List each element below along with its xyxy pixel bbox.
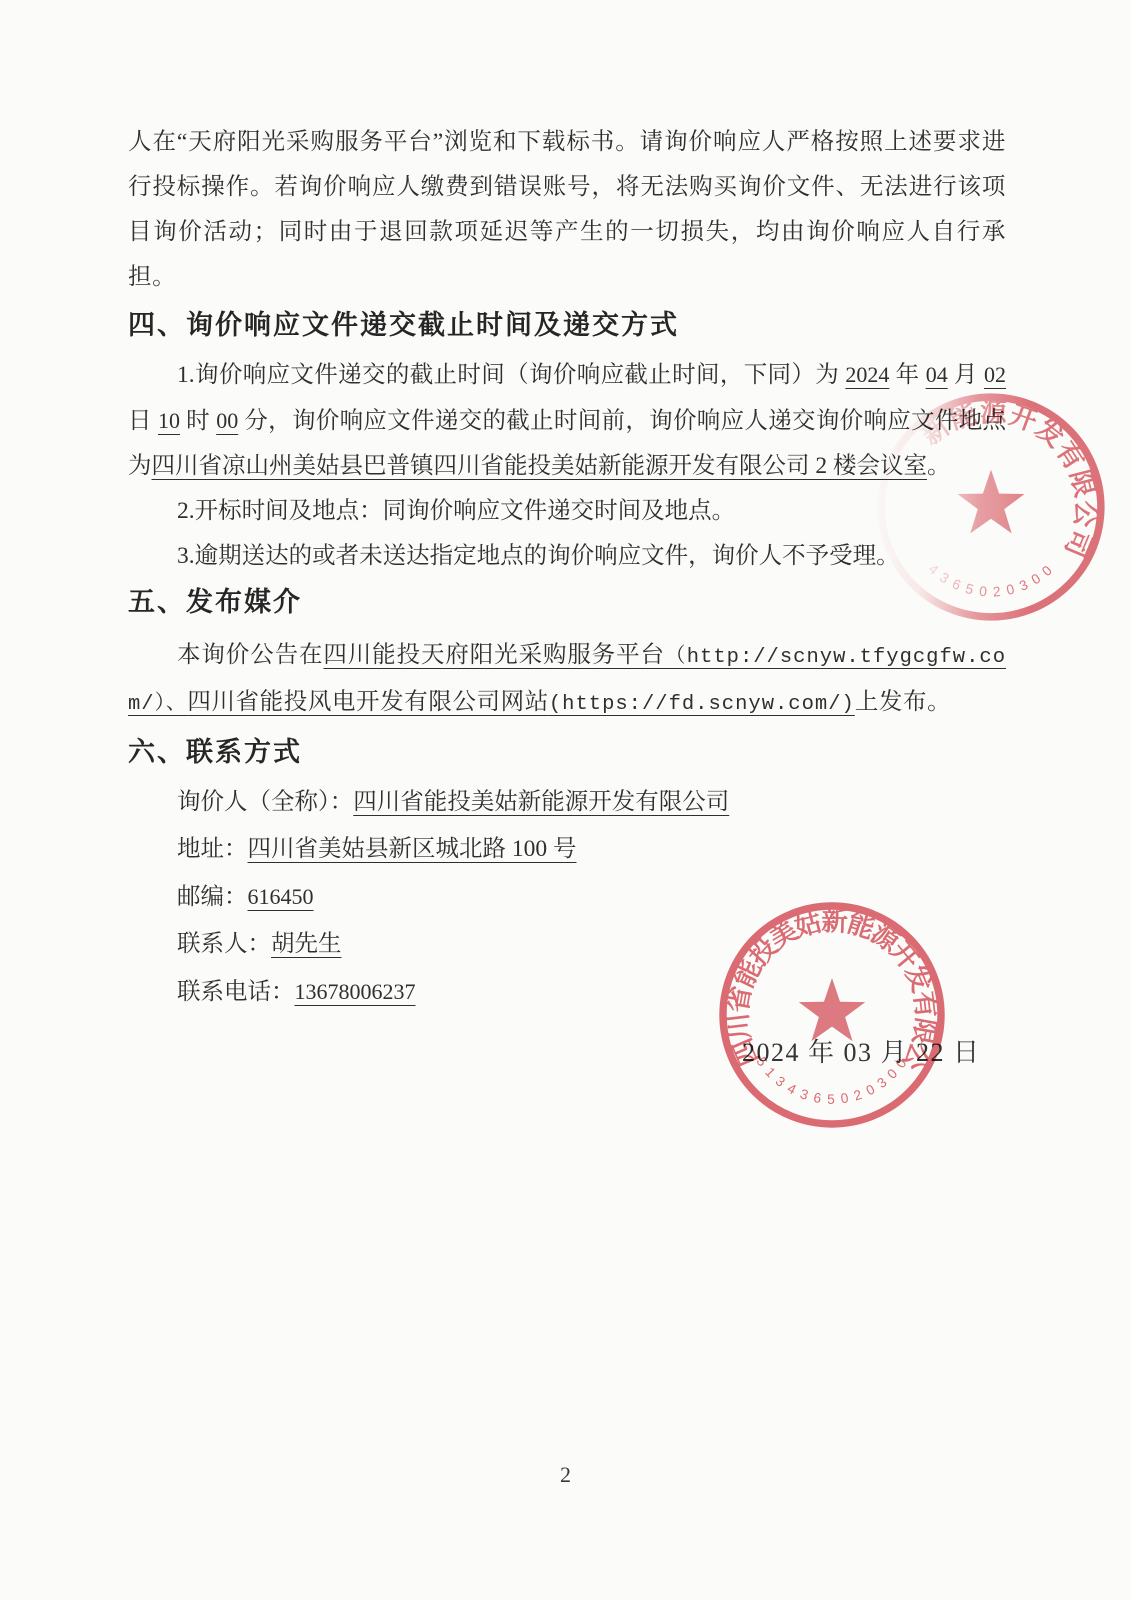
contact-label: 询价人（全称）： [177, 789, 353, 815]
document-content: 人在“天府阳光采购服务平台”浏览和下载标书。请询价响应人严格按照上述要求进行投标… [128, 120, 1006, 1016]
contact-value: 13678006237 [295, 979, 416, 1004]
item1-month-unit: 月 [948, 362, 984, 388]
media-site1-name: 四川能投天府阳光采购服务平台 [323, 642, 665, 668]
contact-label: 联系电话： [177, 979, 295, 1005]
item1-hour-value: 10 [158, 408, 180, 433]
item1-year-value: 2024 [845, 362, 889, 387]
contact-row-person: 联系人：胡先生 [128, 921, 1006, 968]
section4-item3: 3.逾期送达的或者未送达指定地点的询价响应文件，询价人不予受理。 [128, 534, 1006, 579]
media-site2-name: 四川省能投风电开发有限公司网站 [187, 689, 549, 715]
item1-hour-unit: 时 [180, 408, 216, 434]
section4-item2: 2.开标时间及地点：同询价响应文件递交时间及地点。 [128, 489, 1006, 534]
media-site2-url: (https://fd.scnyw.com/) [549, 693, 855, 716]
contact-value: 616450 [248, 884, 314, 909]
item1-period: 。 [927, 453, 951, 479]
media-tail: 上发布。 [855, 689, 951, 715]
section6-heading: 六、联系方式 [128, 731, 1006, 773]
contact-row-inquirer: 询价人（全称）：四川省能投美姑新能源开发有限公司 [128, 779, 1006, 826]
document-page: 人在“天府阳光采购服务平台”浏览和下载标书。请询价响应人严格按照上述要求进行投标… [0, 0, 1131, 1600]
contact-label: 联系人： [177, 931, 271, 957]
contact-value: 四川省美姑县新区城北路 100 号 [248, 836, 577, 862]
page-number: 2 [0, 1462, 1131, 1488]
signature-date: 2024 年 03 月 22 日 [742, 1032, 981, 1069]
item1-day-value: 02 [984, 362, 1006, 387]
item1-month-value: 04 [926, 362, 948, 387]
item1-prefix: 1.询价响应文件递交的截止时间（询价响应截止时间，下同）为 [177, 362, 845, 388]
media-lead: 本询价公告在 [177, 642, 323, 668]
section5-heading: 五、发布媒介 [128, 581, 1006, 623]
section5-paragraph: 本询价公告在四川能投天府阳光采购服务平台（http://scnyw.tfygcg… [128, 633, 1006, 727]
contact-row-phone: 联系电话：13678006237 [128, 968, 1006, 1016]
item1-minute-value: 00 [216, 408, 238, 433]
contact-label: 地址： [177, 836, 248, 862]
contact-label: 邮编： [177, 884, 248, 910]
item1-location-value: 四川省凉山州美姑县巴普镇四川省能投美姑新能源开发有限公司 2 楼会议室 [152, 453, 928, 479]
section4-heading: 四、询价响应文件递交截止时间及递交方式 [128, 304, 1006, 346]
section4-item1: 1.询价响应文件递交的截止时间（询价响应截止时间，下同）为 2024 年 04 … [128, 352, 1006, 489]
contact-list: 询价人（全称）：四川省能投美姑新能源开发有限公司 地址：四川省美姑县新区城北路 … [128, 779, 1006, 1016]
contact-row-address: 地址：四川省美姑县新区城北路 100 号 [128, 826, 1006, 873]
intro-paragraph: 人在“天府阳光采购服务平台”浏览和下载标书。请询价响应人严格按照上述要求进行投标… [128, 120, 1006, 300]
contact-row-postcode: 邮编：616450 [128, 873, 1006, 921]
item1-year-unit: 年 [889, 362, 925, 388]
contact-value: 胡先生 [271, 931, 342, 957]
contact-value: 四川省能投美姑新能源开发有限公司 [353, 789, 729, 815]
item1-day-unit: 日 [128, 408, 158, 434]
